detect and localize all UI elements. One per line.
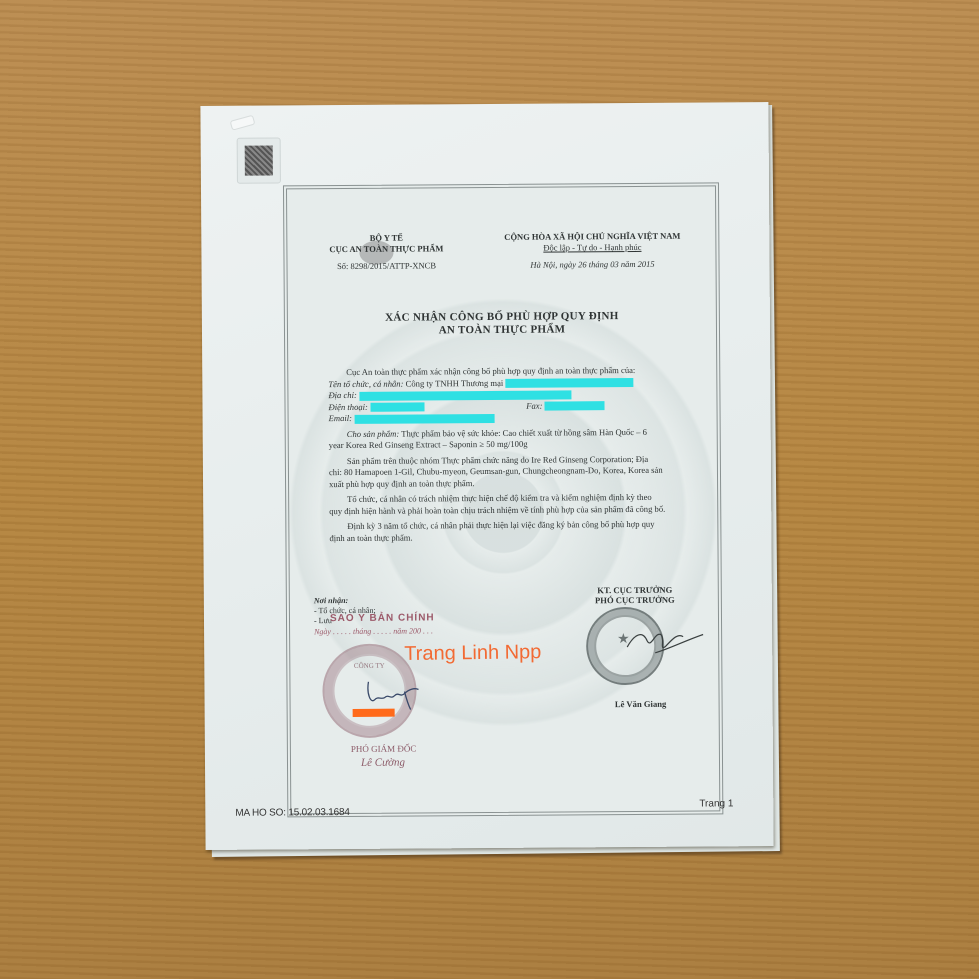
signer-line-2: PHÓ CỤC TRƯỞNG (560, 594, 710, 605)
company-seal-text: CÔNG TY (324, 662, 414, 671)
certificate-page: BỘ Y TẾ CỤC AN TOÀN THỰC PHẨM Số: 8298/2… (200, 102, 773, 850)
org-value: Công ty TNHH Thương mại (406, 377, 504, 388)
copy-date-line: Ngày . . . . . tháng . . . . . năm 200 .… (314, 626, 433, 636)
page-number: Trang 1 (699, 798, 733, 809)
qr-code-sticker (237, 137, 281, 183)
signature-left-icon (360, 673, 440, 714)
signer-title-block: KT. CỤC TRƯỞNG PHÓ CỤC TRƯỞNG (560, 584, 710, 605)
recipients-label: Nơi nhận: (314, 596, 376, 606)
redaction-address (359, 390, 571, 400)
document-body: Cục An toàn thực phẩm xác nhận công bố p… (328, 365, 695, 545)
signer-name: Lê Văn Giang (591, 699, 691, 710)
fax-label: Fax: (526, 400, 542, 410)
shop-watermark: Trang Linh Npp (404, 641, 541, 666)
signature-right-icon (625, 626, 705, 657)
periodic-line-2: định an toàn thực phẩm. (329, 530, 695, 544)
nation-name: CỘNG HÒA XÃ HỘI CHỦ NGHĨA VIỆT NAM (473, 230, 711, 243)
tape-strip (230, 115, 256, 131)
redaction-bar-orange (353, 709, 395, 717)
document-frame: BỘ Y TẾ CỤC AN TOÀN THỰC PHẨM Số: 8298/2… (283, 182, 723, 817)
title-line-2: AN TOÀN THỰC PHẨM (288, 322, 716, 338)
deputy-director-title: PHÓ GIÁM ĐỐC (351, 743, 417, 753)
document-number: Số: 8298/2015/ATTP-XNCB (301, 260, 471, 272)
redaction-fax (545, 401, 605, 410)
document-title: XÁC NHẬN CÔNG BỐ PHÙ HỢP QUY ĐỊNH AN TOÀ… (288, 309, 716, 338)
redaction-org (505, 378, 633, 388)
qr-code-icon (245, 145, 273, 175)
certified-copy-stamp: SAO Y BẢN CHÍNH (330, 612, 435, 624)
place-date: Hà Nội, ngày 26 tháng 03 năm 2015 (473, 258, 711, 271)
product-text-1: Thực phẩm bảo vệ sức khỏe: Cao chiết xuấ… (401, 426, 647, 438)
product-label: Cho sản phẩm: (347, 428, 400, 438)
deputy-director-name: Lê Cường (361, 757, 405, 769)
redaction-email (354, 413, 494, 423)
org-label: Tên tổ chức, cá nhân: (328, 378, 403, 389)
email-label: Email: (329, 413, 352, 423)
department-name: CỤC AN TOÀN THỰC PHẨM (301, 243, 471, 255)
national-motto: Độc lập - Tự do - Hạnh phúc (473, 241, 711, 254)
address-label: Địa chỉ: (328, 390, 356, 400)
file-code: MA HO SO: 15.02.03.1684 (235, 807, 349, 819)
phone-label: Điện thoại: (328, 401, 367, 411)
redaction-phone (370, 402, 424, 411)
national-header: CỘNG HÒA XÃ HỘI CHỦ NGHĨA VIỆT NAM Độc l… (473, 230, 711, 271)
issuer-header: BỘ Y TẾ CỤC AN TOÀN THỰC PHẨM Số: 8298/2… (301, 232, 471, 272)
